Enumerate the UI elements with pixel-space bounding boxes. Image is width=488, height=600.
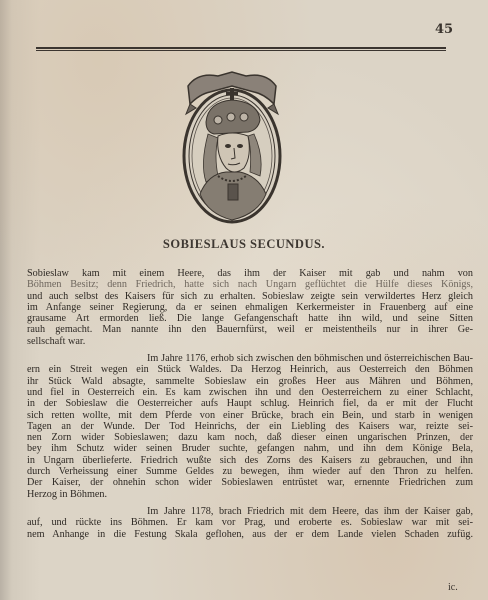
line: ihr Stück Wald absagte, sammelte Sobiesl…: [27, 376, 473, 387]
paragraph-2: Im Jahre 1176, erhob sich zwischen den b…: [27, 353, 473, 500]
paragraph-1: Sobieslaw kam mit einem Heere, das ihm d…: [27, 268, 473, 347]
catchword: ic.: [448, 582, 458, 593]
page-number: 45: [435, 22, 453, 37]
crowned-king-portrait-icon: [178, 64, 286, 227]
line: sellschaft war.: [27, 336, 473, 347]
line: Sobieslaw kam mit einem Heere, das ihm d…: [27, 268, 473, 279]
line: durch Verheissung einer Summe Geldes zu …: [27, 466, 473, 477]
line: Im Jahre 1176, erhob sich zwischen den b…: [27, 353, 473, 364]
line: nen Zorn wider Sobieslawen; dazu kam noc…: [27, 432, 473, 443]
line: und auch selbst des Kaisers für sich zu …: [27, 291, 473, 302]
line: in Ungarn überlieferte. Friedrich wußte …: [27, 455, 473, 466]
line: Böhmen Besitz; denn Friedrich, hatte sic…: [27, 279, 473, 290]
line: bey ihm Schutz wider seinen Bruder sucht…: [27, 443, 473, 454]
line: im Anfange seiner Regierung, da er seine…: [27, 302, 473, 313]
line: und fiel in Oesterreich ein. Es kam zwis…: [27, 387, 473, 398]
line: nem Anhange in die Festung Skala geflohe…: [27, 529, 473, 540]
line: grausame Art ermorden ließ. Die lange Ge…: [27, 313, 473, 324]
paragraph-3: Im Jahre 1178, brach Friedrich mit dem H…: [27, 506, 473, 540]
chapter-title: SOBIESLAUS SECUNDUS.: [0, 237, 488, 252]
line: sich retten wollte, mit dem Pferde von e…: [27, 410, 473, 421]
line: rauh gemacht. Man nannte ihn den Bauernf…: [27, 324, 473, 335]
line: Herzog in Böhmen.: [27, 489, 473, 500]
line: Der Kaiser, der ohnehin schon wider Sobi…: [27, 477, 473, 488]
header-rule: [36, 47, 446, 51]
line: auf, und rückte ins Böhmen. Er kam vor P…: [27, 517, 473, 528]
body-text: Sobieslaw kam mit einem Heere, das ihm d…: [27, 268, 473, 540]
line: Tagen an der Wunde. Der Tod Heinrichs, d…: [27, 421, 473, 432]
line: Im Jahre 1178, brach Friedrich mit dem H…: [27, 506, 473, 517]
line: in der Sobieslaw die Oesterreicher aufs …: [27, 398, 473, 409]
line: ern ein Streit wegen ein Stück Waldes. D…: [27, 364, 473, 375]
